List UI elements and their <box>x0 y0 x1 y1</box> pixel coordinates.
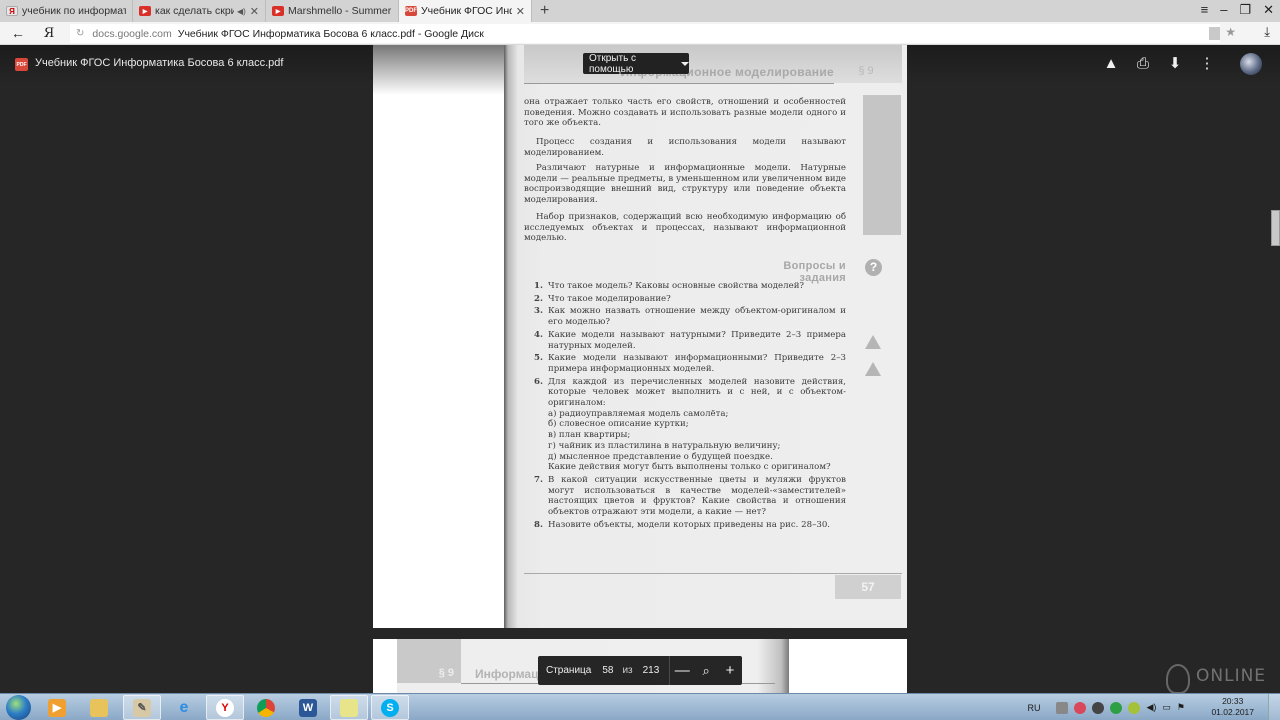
avatar[interactable] <box>1240 53 1262 75</box>
volume-icon[interactable]: ◀) <box>1146 702 1156 713</box>
tab-youtube-screenshot[interactable]: ▶ как сделать скриншо ◀) ✕ <box>133 0 266 22</box>
new-tab-button[interactable]: + <box>532 0 557 22</box>
taskbar-chrome[interactable] <box>247 695 285 720</box>
network-icon[interactable]: ▭ <box>1162 702 1171 713</box>
close-window-icon[interactable]: ✕ <box>1263 2 1274 18</box>
scanned-page: Информационное моделирование § 9 она отр… <box>504 45 907 628</box>
list-item: 7.В какой ситуации искусственные цветы и… <box>534 475 846 518</box>
url-page-title: Учебник ФГОС Информатика Босова 6 класс.… <box>178 28 484 40</box>
taskbar-word[interactable]: W <box>289 695 327 720</box>
restore-icon[interactable]: ❐ <box>1239 2 1251 18</box>
taskbar-internet-explorer[interactable]: e <box>165 695 203 720</box>
tab-youtube-marshmello[interactable]: ▶ Marshmello - Summer (Offic <box>266 0 399 22</box>
open-with-button[interactable]: Открыть с помощью <box>583 53 689 74</box>
youtube-icon: ▶ <box>139 6 151 16</box>
back-button[interactable]: ← <box>0 25 36 41</box>
reload-icon[interactable]: ↻ <box>76 28 84 39</box>
margin-bar <box>863 95 901 235</box>
section-number: § 9 <box>834 65 898 83</box>
minimize-icon[interactable]: – <box>1220 2 1227 18</box>
youtube-icon: ▶ <box>272 6 284 16</box>
tab-search[interactable]: Я учебник по информатике <box>0 0 133 22</box>
tray-app-icon[interactable] <box>1128 702 1140 714</box>
browser-tab-bar: Я учебник по информатике ▶ как сделать с… <box>0 0 1280 22</box>
taskbar-sticky-notes[interactable] <box>330 695 368 720</box>
add-to-drive-icon[interactable]: ▲ <box>1102 55 1120 73</box>
zoom-in-button[interactable]: + <box>718 662 742 679</box>
bookmark-star-icon[interactable]: ★ <box>1225 25 1236 39</box>
section-number: § 9 <box>397 639 461 683</box>
lock-icon[interactable] <box>1209 27 1220 40</box>
questions-list: 1.Что такое модель? Каковы основные свой… <box>534 281 846 532</box>
scrollbar-thumb[interactable] <box>1271 210 1280 246</box>
yandex-logo-button[interactable]: Я <box>36 26 62 41</box>
language-indicator[interactable]: RU <box>1027 703 1040 713</box>
start-button[interactable] <box>6 695 31 720</box>
system-tray: RU ◀) ▭ ⚑ <box>1027 694 1185 720</box>
pdf-file-icon: PDF <box>15 58 28 71</box>
menu-icon[interactable]: ≡ <box>1201 2 1209 18</box>
file-name: Учебник ФГОС Информатика Босова 6 класс.… <box>35 57 283 69</box>
tray-app-icon[interactable] <box>1110 702 1122 714</box>
url-field[interactable]: ↻ docs.google.com Учебник ФГОС Информати… <box>70 24 1220 43</box>
zoom-out-button[interactable]: — <box>670 662 694 679</box>
screen: Я учебник по информатике ▶ как сделать с… <box>0 0 1280 720</box>
print-icon[interactable]: ⎙ <box>1134 55 1152 73</box>
action-center-icon[interactable]: ⚑ <box>1177 702 1185 713</box>
list-item: 4.Какие модели называют натурными? Приве… <box>534 330 846 351</box>
tab-pdf-active[interactable]: PDF Учебник ФГОС Информ ✕ <box>399 0 532 22</box>
current-page-input[interactable]: 58 <box>602 665 613 676</box>
close-tab-icon[interactable]: ✕ <box>250 5 259 18</box>
body-text: она отражает только часть его свойств, о… <box>524 97 846 129</box>
taskbar: ▶ ✎ e Y W S RU ◀) ▭ ⚑ 20:33 01.02.2017 <box>0 693 1280 720</box>
warning-triangle-icon <box>865 362 881 376</box>
question-icon: ? <box>865 259 882 276</box>
clock[interactable]: 20:33 01.02.2017 <box>1211 696 1254 718</box>
tray-app-icon[interactable] <box>1056 702 1068 714</box>
taskbar-file-explorer[interactable] <box>80 695 118 720</box>
warning-triangle-icon <box>865 335 881 349</box>
caret-down-icon <box>681 62 689 66</box>
lightbulb-icon <box>1166 664 1190 694</box>
list-item: 3.Как можно назвать отношение между объе… <box>534 306 846 327</box>
list-item: 2.Что такое моделирование? <box>534 294 846 305</box>
list-item: 5.Какие модели называют информационными?… <box>534 353 846 374</box>
yandex-search-icon: Я <box>6 6 18 16</box>
taskbar-skype[interactable]: S <box>371 695 409 720</box>
show-desktop-button[interactable] <box>1268 694 1280 720</box>
tray-app-icon[interactable] <box>1074 702 1086 714</box>
printed-page-number: 57 <box>835 575 901 599</box>
address-bar-row: ← Я ↻ docs.google.com Учебник ФГОС Инфор… <box>0 22 1280 45</box>
speaker-icon[interactable]: ◀) <box>237 7 246 16</box>
taskbar-media-player[interactable]: ▶ <box>38 695 76 720</box>
close-tab-icon[interactable]: ✕ <box>516 5 525 18</box>
taskbar-paint[interactable]: ✎ <box>123 695 161 720</box>
total-pages: 213 <box>643 665 660 676</box>
list-item: 1.Что такое модель? Каковы основные свой… <box>534 281 846 292</box>
download-icon[interactable]: ⬇ <box>1166 55 1184 73</box>
pdf-icon: PDF <box>405 6 417 16</box>
list-item: 8.Назовите объекты, модели которых приве… <box>534 520 846 531</box>
taskbar-yandex-browser[interactable]: Y <box>206 695 244 720</box>
page-navigation-toolbar: Страница 58 из 213 — ⌕ + <box>538 656 742 685</box>
zoom-icon[interactable]: ⌕ <box>694 663 718 679</box>
url-host: docs.google.com <box>92 28 171 40</box>
more-icon[interactable]: ⋮ <box>1198 55 1216 73</box>
tray-app-icon[interactable] <box>1092 702 1104 714</box>
pdf-page: Информационное моделирование § 9 она отр… <box>373 45 907 628</box>
downloads-icon[interactable]: ⤓ <box>1264 24 1270 40</box>
list-item: 6. Для каждой из перечисленных моделей н… <box>534 377 846 473</box>
